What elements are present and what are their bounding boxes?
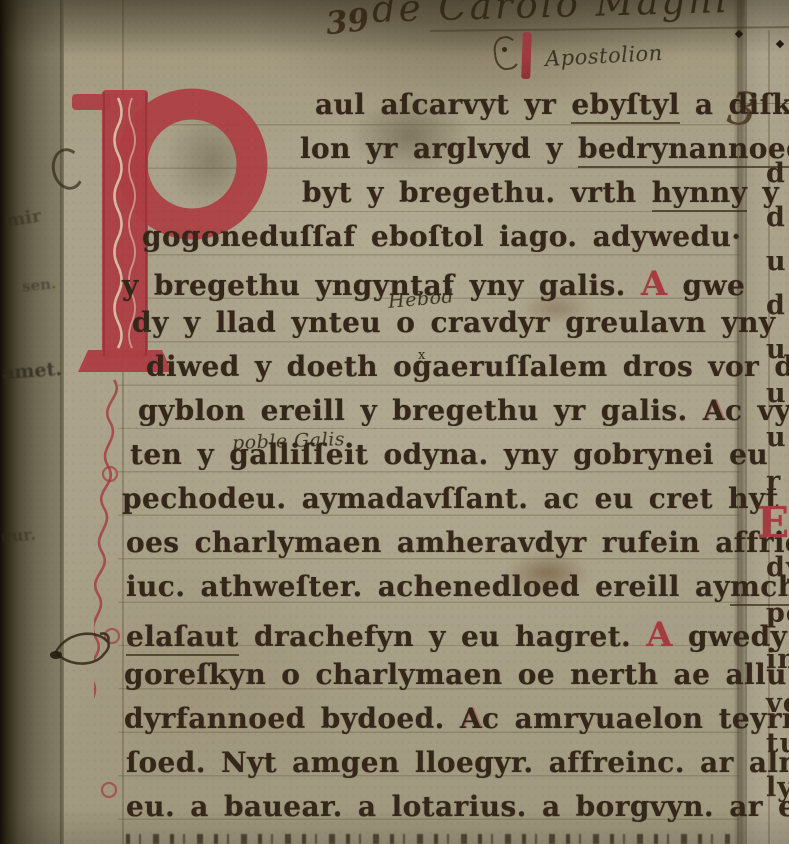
text-line: y bregethu yngyntaf yny galis. A gwe xyxy=(122,263,745,303)
text-line: aul aſcarvyt yr ebyſtyl a diſkyb- xyxy=(315,88,789,121)
text-line: ten y galliſſeit odyna. yny gobrynei eu xyxy=(130,438,768,471)
line-text: iuc. athweſter. achenedloed ereill ay xyxy=(126,570,730,603)
red-touched-initial: A xyxy=(703,394,725,427)
text-line: ſoed. Nyt amgen lloegyr. affreinc. ar al… xyxy=(126,746,789,779)
line-text: aul aſcarvyt yr xyxy=(315,88,571,121)
line-text: y bregethu yngyntaf yny galis. xyxy=(122,269,641,302)
red-chain-ornament xyxy=(94,378,130,844)
pen-doodle-dot xyxy=(502,47,507,52)
next-page-fragment: ly xyxy=(766,772,789,803)
next-page-fragment: vo xyxy=(766,688,789,719)
line-text: ten y galliſſeit odyna. yny gobrynei eu xyxy=(130,438,768,471)
underlined-word: hynny xyxy=(652,176,748,212)
text-line: dyrfannoed bydoed. Ac amryuaelon teyrnaſ xyxy=(124,702,789,735)
next-page-fragment: u xyxy=(766,378,787,409)
cropped-text-line xyxy=(126,834,730,844)
text-line: lon yr arglvyd y bedrynannoed xyxy=(300,132,789,165)
text-line: iuc. athweſter. achenedloed ereill aymch… xyxy=(126,570,789,603)
line-text: a diſkyb- xyxy=(680,88,789,121)
line-text: drachefyn y eu hagret. xyxy=(239,620,646,653)
line-text: goreſkyn o charlymaen oe nerth ae allu y… xyxy=(124,658,789,691)
line-text: gwe xyxy=(667,269,745,302)
next-page-fragment: u xyxy=(766,246,787,277)
text-line: dy y llad ynteu o cravdyr greulavn yny xyxy=(132,306,776,339)
page-number: 39 xyxy=(324,2,371,42)
red-paraph-mark xyxy=(521,32,532,79)
next-page-fragment: u xyxy=(766,422,787,453)
rubric-initial-a: A xyxy=(646,614,672,654)
next-page-fragment: dy xyxy=(766,552,789,583)
text-line: gogoneduſſaf eboſtol iago. adywedu· xyxy=(142,220,741,253)
manuscript-photo: mir sen. amet. uur. de Carolo Magni 39 A… xyxy=(0,0,789,844)
text-line: elaſaut drachefyn y eu hagret. A gwedy xyxy=(126,614,787,654)
next-page-fragment: pe xyxy=(766,598,789,629)
next-page-fragment: tu xyxy=(766,728,789,759)
line-text: ſoed. Nyt amgen lloegyr. affreinc. ar al… xyxy=(126,746,789,779)
line-text: lon yr arglvyd y xyxy=(300,132,578,165)
next-page-fragment: d xyxy=(766,290,786,321)
underlined-word: ebyſtyl xyxy=(571,88,679,124)
next-page-fragment: r xyxy=(766,466,781,497)
next-page-fragment: in xyxy=(766,644,789,675)
line-text: dy y llad ynteu o cravdyr greulavn yny xyxy=(132,306,776,339)
next-page-red-initial: E xyxy=(757,498,789,547)
line-text: pechodeu. aymadavſſant. ac eu cret hyt y… xyxy=(122,482,789,515)
next-page-fragment: d xyxy=(766,202,786,233)
text-line: byt y bregethu. vrth hynny y xyxy=(302,176,779,209)
text-line: oes charlymaen amheravdyr rufein affric xyxy=(126,526,789,559)
prev-page-fragment: mir xyxy=(5,205,43,231)
prev-page-fragment: uur. xyxy=(0,525,36,546)
rubric-initial-a: A xyxy=(641,263,667,303)
line-text: c amryuaelon teyrnaſ xyxy=(482,702,789,735)
line-text: diwed y doeth ogaeruſſalem dros vor diſ xyxy=(146,350,789,383)
line-text: gyblon ereill y bregethu yr galis. xyxy=(138,394,703,427)
line-text: byt y bregethu. vrth xyxy=(302,176,652,209)
underlined-word: bedrynannoed xyxy=(578,132,789,168)
text-line: pechodeu. aymadavſſant. ac eu cret hyt y… xyxy=(122,482,789,515)
next-page-fragment: u xyxy=(766,334,787,365)
text-line: gyblon ereill y bregethu yr galis. Ac vy… xyxy=(138,394,789,427)
line-text: oes charlymaen amheravdyr rufein affric xyxy=(126,526,789,559)
leaf-mark xyxy=(50,628,114,680)
text-line: eu. a bauear. a lotarius. a borgvyn. ar … xyxy=(126,790,789,823)
prev-page-fragment: sen. xyxy=(21,274,57,295)
next-page-fragment: d xyxy=(766,158,786,189)
prev-page-fragment: amet. xyxy=(1,358,62,384)
text-line: diwed y doeth ogaeruſſalem dros vor diſ xyxy=(146,350,789,383)
text-line: goreſkyn o charlymaen oe nerth ae allu y… xyxy=(124,658,789,691)
underlined-word: elaſaut xyxy=(126,620,239,656)
previous-page-edge: mir sen. amet. uur. xyxy=(0,0,64,844)
line-text: dyrfannoed bydoed. xyxy=(124,702,460,735)
line-text: eu. a bauear. a lotarius. a borgvyn. ar … xyxy=(126,790,789,823)
red-touched-initial: A xyxy=(460,702,482,735)
line-text: gogoneduſſaf eboſtol iago. adywedu· xyxy=(142,220,741,253)
